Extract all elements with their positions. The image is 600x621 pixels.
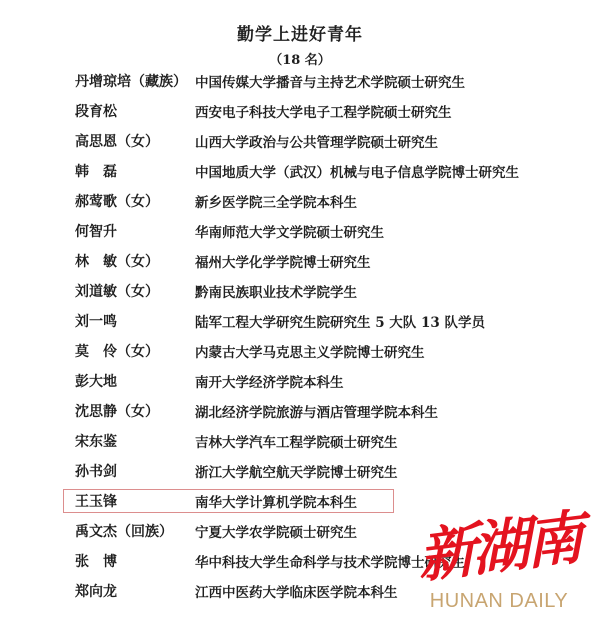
person-org: 湖北经济学院旅游与酒店管理学院本科生 (195, 401, 438, 421)
person-name: 刘道敏（女） (75, 281, 195, 301)
person-name: 莫 伶（女） (75, 341, 195, 361)
person-org: 福州大学化学学院博士研究生 (195, 251, 371, 271)
person-org: 新乡医学院三全学院本科生 (195, 191, 357, 211)
person-org: 华南师范大学文学院硕士研究生 (195, 221, 384, 241)
list-row: 孙书剑 浙江大学航空航天学院博士研究生 (75, 456, 600, 486)
person-org: 内蒙古大学马克思主义学院博士研究生 (195, 341, 425, 361)
person-org: 吉林大学汽车工程学院硕士研究生 (195, 431, 398, 451)
hunan-daily-logo: 新湖南 HUNAN DAILY (404, 506, 594, 613)
person-org: 中国地质大学（武汉）机械与电子信息学院博士研究生 (195, 161, 519, 181)
person-name: 韩 磊 (75, 161, 195, 181)
person-name: 孙书剑 (75, 461, 195, 481)
person-name: 沈思静（女） (75, 401, 195, 421)
person-org: 山西大学政治与公共管理学院硕士研究生 (195, 131, 438, 151)
person-name: 郑向龙 (75, 581, 195, 601)
person-name: 段育松 (75, 101, 195, 121)
document-page: 勤学上进好青年 （18 名） 丹增琼培（藏族） 中国传媒大学播音与主持艺术学院硕… (0, 0, 600, 621)
person-name: 丹增琼培（藏族） (75, 71, 195, 91)
person-name: 刘一鸣 (75, 311, 195, 331)
list-row: 莫 伶（女） 内蒙古大学马克思主义学院博士研究生 (75, 336, 600, 366)
list-row: 丹增琼培（藏族） 中国传媒大学播音与主持艺术学院硕士研究生 (75, 66, 600, 96)
person-org: 南华大学计算机学院本科生 (195, 491, 357, 511)
person-org: 南开大学经济学院本科生 (195, 371, 344, 391)
person-name: 彭大地 (75, 371, 195, 391)
person-name: 张 博 (75, 551, 195, 571)
list-row: 刘道敏（女） 黔南民族职业技术学院学生 (75, 276, 600, 306)
person-org: 黔南民族职业技术学院学生 (195, 281, 357, 301)
list-row: 段育松 西安电子科技大学电子工程学院硕士研究生 (75, 96, 600, 126)
list-row: 刘一鸣 陆军工程大学研究生院研究生 5 大队 13 队学员 (75, 306, 600, 336)
list-row: 彭大地 南开大学经济学院本科生 (75, 366, 600, 396)
person-org: 浙江大学航空航天学院博士研究生 (195, 461, 398, 481)
person-org: 西安电子科技大学电子工程学院硕士研究生 (195, 101, 452, 121)
person-org: 江西中医药大学临床医学院本科生 (195, 581, 398, 601)
person-name: 王玉锋 (75, 491, 195, 511)
list-row: 韩 磊 中国地质大学（武汉）机械与电子信息学院博士研究生 (75, 156, 600, 186)
hunan-daily-calligraphy-logo: 新湖南 (403, 494, 596, 599)
person-name: 郝莺歌（女） (75, 191, 195, 211)
person-name: 何智升 (75, 221, 195, 241)
person-org: 宁夏大学农学院硕士研究生 (195, 521, 357, 541)
person-name: 宋东鉴 (75, 431, 195, 451)
page-title: 勤学上进好青年 (0, 20, 600, 45)
list-row: 沈思静（女） 湖北经济学院旅游与酒店管理学院本科生 (75, 396, 600, 426)
list-row: 林 敏（女） 福州大学化学学院博士研究生 (75, 246, 600, 276)
list-row: 何智升 华南师范大学文学院硕士研究生 (75, 216, 600, 246)
person-name: 林 敏（女） (75, 251, 195, 271)
list-row: 郝莺歌（女） 新乡医学院三全学院本科生 (75, 186, 600, 216)
person-org: 中国传媒大学播音与主持艺术学院硕士研究生 (195, 71, 465, 91)
list-row: 宋东鉴 吉林大学汽车工程学院硕士研究生 (75, 426, 600, 456)
list-row: 高思恩（女） 山西大学政治与公共管理学院硕士研究生 (75, 126, 600, 156)
person-org: 陆军工程大学研究生院研究生 5 大队 13 队学员 (195, 311, 485, 331)
person-name: 禹文杰（回族） (75, 521, 195, 541)
person-name: 高思恩（女） (75, 131, 195, 151)
